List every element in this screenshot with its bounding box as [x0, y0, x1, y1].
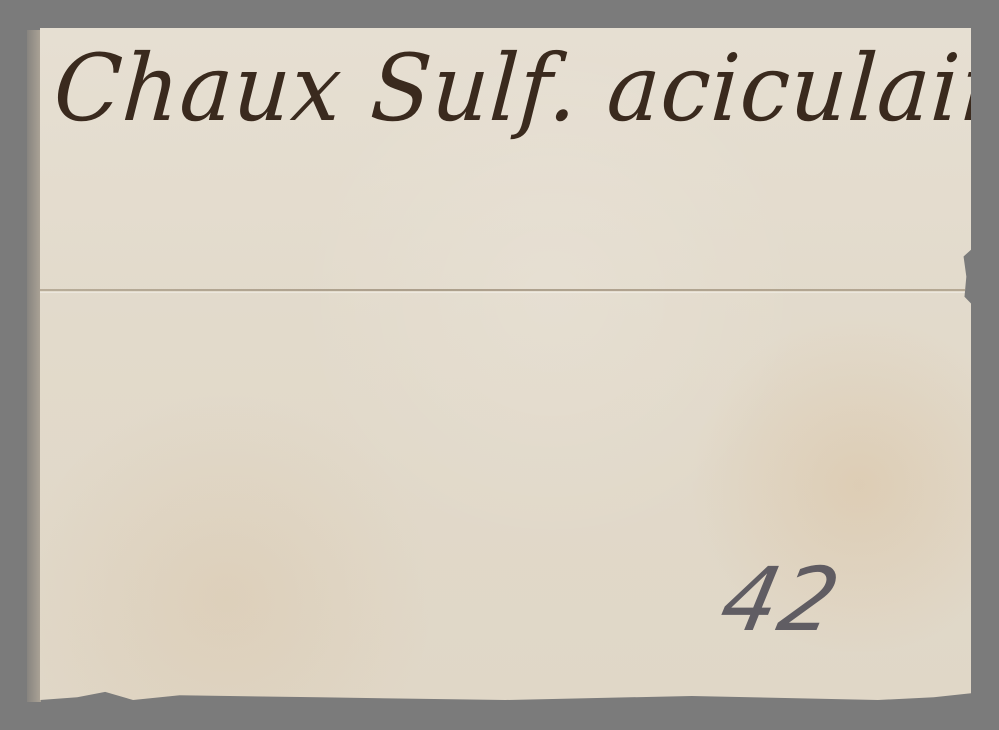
fold-line	[40, 289, 971, 291]
specimen-label: Chaux Sulf. aciculaire 42	[40, 28, 971, 700]
fold-line-highlight	[40, 292, 971, 293]
label-number-pencil: 42	[712, 548, 850, 651]
label-title-handwritten: Chaux Sulf. aciculaire	[51, 34, 999, 142]
label-edge-shadow	[27, 30, 41, 702]
